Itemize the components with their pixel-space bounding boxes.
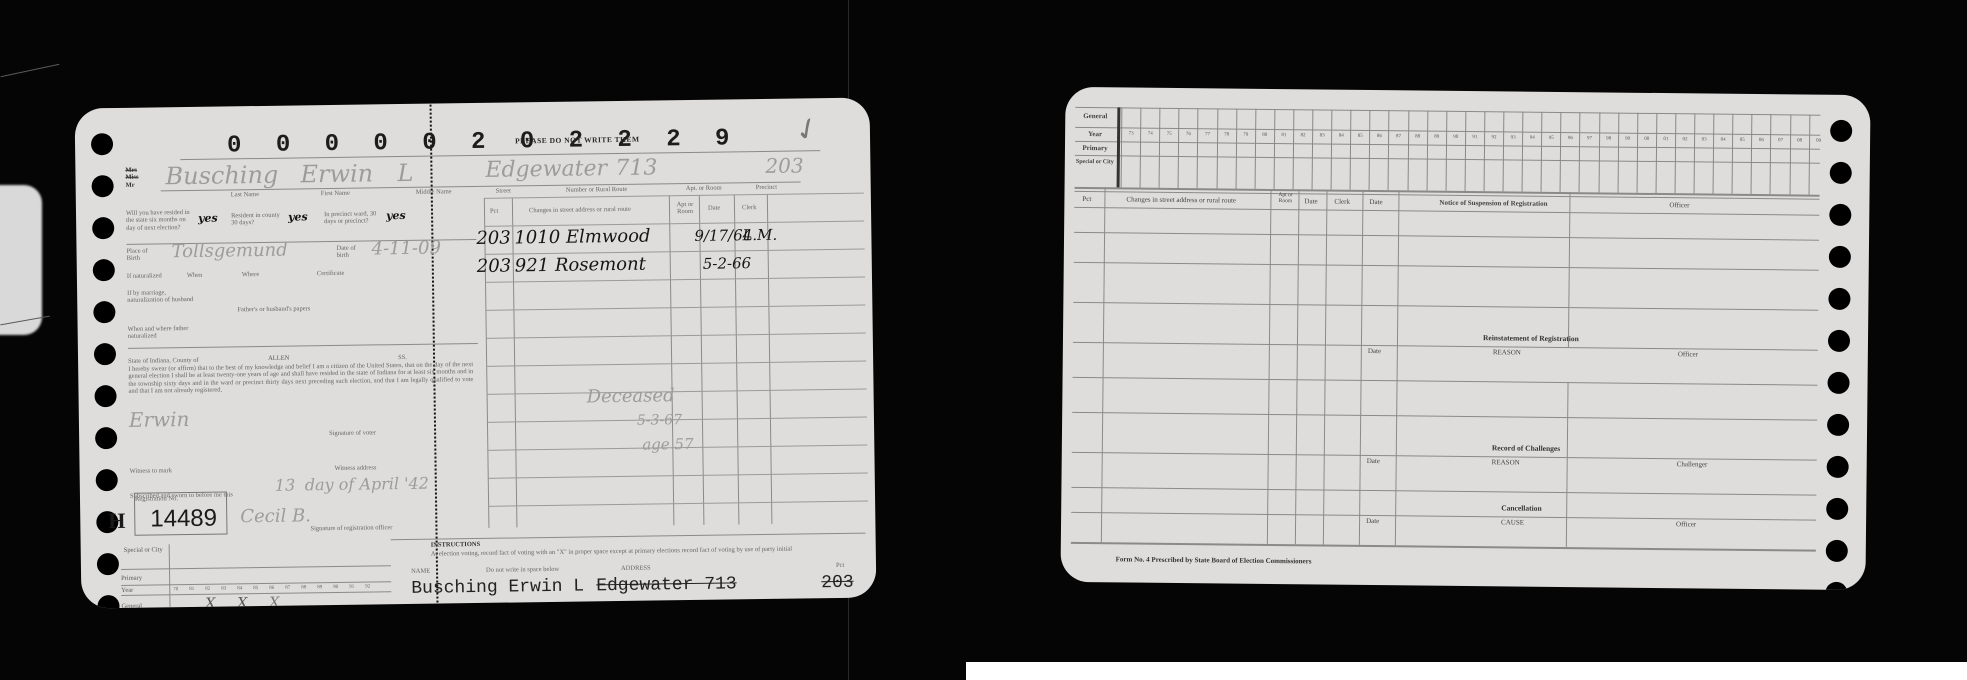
- year-cell: 79: [1236, 133, 1256, 138]
- deceased-date: 5-3-67: [637, 412, 682, 429]
- punch-holes: [1825, 120, 1853, 590]
- year-cell: 00: [1637, 137, 1657, 142]
- suspension-header-notice: Notice of Suspension of Registration: [1439, 199, 1547, 208]
- header-pct: Pct: [490, 208, 498, 216]
- residency-q2-label: Resident in county 30 days?: [231, 212, 281, 228]
- year-cell: 93: [1503, 135, 1523, 140]
- punch-hole: [1828, 330, 1850, 352]
- street-label: Street: [496, 187, 511, 195]
- first-name-value: Erwin: [300, 159, 373, 188]
- punch-hole: [1825, 582, 1847, 590]
- registration-letter: H: [108, 508, 125, 534]
- apt-label: Apt. or Room: [686, 185, 722, 193]
- suspension-header-officer: Officer: [1669, 201, 1689, 209]
- registration-card-front: 0 0 0 0 0 2 0 2 2 2 9 PLEASE DO NOT WRIT…: [75, 97, 877, 608]
- husband-label: If by marriage, naturalization of husban…: [127, 289, 202, 305]
- place-of-birth-value: Tollsgemund: [171, 240, 287, 263]
- general-vote-mark: X: [205, 596, 215, 609]
- year-cell: 92: [1484, 135, 1504, 140]
- year-column-divider: [1655, 113, 1657, 193]
- registrar-signature-value: Cecil B.: [240, 505, 311, 527]
- back-header-pct: Pct: [1082, 195, 1091, 203]
- general-label: General: [121, 603, 142, 609]
- salutation-label: Mrs Miss Mr: [125, 167, 138, 190]
- back-header-changes: Changes in street address or rural route: [1126, 195, 1236, 204]
- year-column-divider: [1464, 111, 1466, 191]
- middle-name-value: L: [397, 159, 413, 187]
- scanner-edge-tab: [0, 185, 42, 335]
- instructions-title: INSTRUCTIONS: [431, 541, 481, 549]
- year-cell: 85: [1350, 134, 1370, 139]
- year-column-divider: [1292, 109, 1294, 189]
- year-column-divider: [1503, 111, 1505, 191]
- year-column-divider: [1808, 115, 1810, 195]
- rule: [128, 343, 478, 349]
- year-cell: 73: [1121, 131, 1141, 136]
- year-column-divider: [1617, 113, 1619, 193]
- punch-hole: [91, 175, 113, 197]
- year-cell: 95: [1541, 136, 1561, 141]
- year-cell: 90: [1446, 135, 1466, 140]
- year-column-divider: [1121, 107, 1123, 187]
- header-apt: Apt or Room: [672, 201, 698, 216]
- back-header-clerk: Clerk: [1334, 198, 1350, 206]
- cancellation-officer: Officer: [1676, 520, 1696, 528]
- year-cell: 04: [1713, 138, 1733, 143]
- punch-hole: [1826, 540, 1848, 562]
- year-cell: 97: [1579, 136, 1599, 141]
- year-column-divider: [1483, 111, 1485, 191]
- street-value: Edgewater: [485, 156, 607, 183]
- oath-text: I hereby swear (or affirm) that to the b…: [128, 361, 473, 396]
- year-cell: 07: [1770, 138, 1790, 143]
- year-column-divider: [1732, 114, 1734, 194]
- year-cell: 01: [1656, 137, 1676, 142]
- header-date: Date: [708, 205, 720, 213]
- subscribed-month-year: day of April '42: [305, 474, 429, 495]
- deceased-note: Deceased: [586, 385, 674, 407]
- election-year-grid: General Year Primary Special or City 737…: [1075, 107, 1821, 195]
- back-header-apt: Apt or Room: [1274, 192, 1296, 204]
- place-of-birth-label: Place of Birth: [126, 247, 154, 262]
- punch-hole: [97, 553, 119, 575]
- subscribed-day: 13: [275, 476, 296, 495]
- year-cell: 88: [1408, 134, 1428, 139]
- year-cell: 02: [1675, 137, 1695, 142]
- year-cell: 75: [1159, 132, 1179, 137]
- grid-special-label: Special or City: [1075, 159, 1115, 165]
- change-row-2-pct: 203: [477, 255, 512, 276]
- punch-hole: [91, 133, 113, 155]
- change-row-1-pct: 203: [476, 227, 511, 248]
- change-row-2-date: 5-2-66: [703, 254, 752, 273]
- header-clerk: Clerk: [742, 204, 757, 212]
- year-cell: 82: [1293, 133, 1313, 138]
- year-column-divider: [1216, 108, 1218, 188]
- date-of-birth-value: 4-11-09: [371, 237, 441, 259]
- voter-signature-value: Erwin: [129, 407, 190, 432]
- punch-hole: [92, 217, 114, 239]
- punch-hole: [1827, 414, 1849, 436]
- naturalized-cert-label: Certificate: [317, 270, 345, 278]
- year-cell: 98: [1599, 136, 1619, 141]
- instructions-pct-label: Pct: [836, 562, 844, 570]
- year-column-divider: [1426, 111, 1428, 191]
- registration-number: 14489: [150, 505, 217, 534]
- challenges-challenger: Challenger: [1677, 460, 1708, 468]
- year-cell: 06: [1751, 138, 1771, 143]
- witness-address-label: Witness address: [335, 464, 377, 472]
- punch-hole: [1827, 456, 1849, 478]
- typed-address: Edgewater 713: [596, 574, 737, 596]
- residency-q3-answer: yes: [386, 209, 406, 222]
- year-cell: 86: [1369, 134, 1389, 139]
- witness-label: Witness to mark: [130, 467, 172, 475]
- general-vote-mark: X: [269, 595, 279, 609]
- last-name-label: Last Name: [231, 191, 259, 199]
- number-label: Number or Rural Route: [566, 186, 628, 194]
- punch-hole: [94, 343, 116, 365]
- number-value: 713: [615, 155, 657, 181]
- husband-cert-label: Father's or husband's papers: [237, 305, 310, 313]
- year-label: Year: [121, 587, 133, 594]
- voting-record-grid: Special or City Primary Year General 70 …: [121, 541, 392, 608]
- special-city-label: Special or City: [121, 546, 166, 554]
- year-column-divider: [1254, 109, 1256, 189]
- residency-q1-label: Will you have resided in the state six m…: [126, 209, 196, 232]
- instructions-text: At election voting, record fact of votin…: [431, 545, 851, 558]
- suspension-header-date: Date: [1369, 198, 1382, 206]
- year-column-divider: [1369, 110, 1371, 190]
- typed-name: Busching Erwin L: [411, 577, 584, 599]
- punch-hole: [93, 301, 115, 323]
- residency-q3-label: In precinct ward, 30 days or precinct?: [324, 210, 384, 226]
- year-column-divider: [1713, 114, 1715, 194]
- typed-precinct: 203: [821, 573, 854, 593]
- grid-primary-label: Primary: [1075, 145, 1115, 152]
- year-cell: 99: [1618, 137, 1638, 142]
- year-column-divider: [1579, 112, 1581, 192]
- punch-hole: [1826, 498, 1848, 520]
- year-cell: 81: [1274, 133, 1294, 138]
- change-row-2-address: 921 Rosemont: [515, 254, 646, 277]
- year-column-divider: [1674, 113, 1676, 193]
- oath-county-value: ALLEN: [268, 355, 289, 363]
- instructions-name-label: NAME: [411, 568, 430, 576]
- punch-hole: [96, 469, 118, 491]
- challenges-date: Date: [1367, 457, 1380, 465]
- signature-of-voter-label: Signature of voter: [329, 429, 376, 437]
- year-cell: 94: [1522, 136, 1542, 141]
- year-column-divider: [1140, 108, 1142, 188]
- year-cell: 08: [1790, 138, 1810, 143]
- year-cell: 09: [1809, 139, 1829, 144]
- year-column-divider: [1159, 108, 1161, 188]
- naturalized-when-label: When: [187, 272, 203, 280]
- instructions-address-label: ADDRESS: [621, 565, 651, 573]
- challenges-title: Record of Challenges: [1492, 443, 1560, 453]
- year-column-divider: [1235, 109, 1237, 189]
- date-of-birth-label: Date of birth: [336, 245, 366, 260]
- year-cell: 89: [1427, 135, 1447, 140]
- year-cell: 91: [1465, 135, 1485, 140]
- check-mark-icon: ✓: [789, 109, 827, 151]
- reinstatement-date: Date: [1368, 347, 1381, 355]
- registration-card-back: General Year Primary Special or City 737…: [1060, 87, 1870, 590]
- year-column-divider: [1178, 108, 1180, 188]
- year-column-divider: [1445, 111, 1447, 191]
- header-changes: Changes in street address or rural route: [529, 206, 631, 215]
- year-column-divider: [1273, 109, 1275, 189]
- naturalized-where-label: Where: [242, 271, 259, 279]
- challenges-reason: REASON: [1492, 458, 1520, 466]
- precinct-value: 203: [765, 153, 804, 178]
- year-cell: 74: [1140, 132, 1160, 137]
- instructions-do-not-write: Do not write in space below: [486, 566, 559, 574]
- grid-general-label: General: [1075, 113, 1115, 120]
- punch-hole: [1829, 204, 1851, 226]
- punch-hole: [1828, 288, 1850, 310]
- punch-hole: [1830, 120, 1852, 142]
- first-name-label: First Name: [321, 190, 350, 198]
- punch-hole: [1829, 246, 1851, 268]
- general-vote-mark: X: [237, 595, 247, 608]
- year-cell: 96: [1560, 136, 1580, 141]
- year-column-divider: [1694, 113, 1696, 193]
- punch-holes: [91, 133, 120, 608]
- cancellation-date: Date: [1366, 517, 1379, 525]
- scan-bottom-edge: [966, 662, 1967, 680]
- grid-year-label: Year: [1075, 131, 1115, 138]
- punch-hole: [94, 385, 116, 407]
- back-header-date: Date: [1304, 197, 1317, 205]
- year-column-divider: [1312, 109, 1314, 189]
- reinstatement-officer: Officer: [1678, 350, 1698, 358]
- father-label: When and where father naturalized: [128, 325, 218, 341]
- scan-scratch: [1, 64, 60, 77]
- year-column-divider: [1598, 112, 1600, 192]
- year-cell: 84: [1331, 134, 1351, 139]
- change-row-1-address: 1010 Elmwood: [514, 226, 650, 249]
- naturalized-label: If naturalized: [127, 272, 162, 280]
- year-column-divider: [1636, 113, 1638, 193]
- punch-hole: [95, 427, 117, 449]
- year-cell: 80: [1255, 133, 1275, 138]
- address-changes-table: Pct Changes in street address or rural r…: [484, 193, 869, 528]
- cancellation-cause: CAUSE: [1501, 518, 1524, 526]
- year-cell: 76: [1178, 132, 1198, 137]
- residency-q2-answer: yes: [288, 210, 308, 223]
- oath-ss: SS.: [398, 354, 407, 362]
- year-cell: 78: [1217, 132, 1237, 137]
- middle-name-label: Middle Name: [416, 188, 452, 196]
- punch-hole: [97, 595, 119, 609]
- punch-hole: [93, 259, 115, 281]
- year-column-divider: [1541, 112, 1543, 192]
- year-cell: 77: [1197, 132, 1217, 137]
- primary-label: Primary: [121, 575, 142, 582]
- deceased-age: age 57: [642, 435, 694, 454]
- year-column-divider: [1407, 110, 1409, 190]
- year-column-divider: [1522, 112, 1524, 192]
- year-column-divider: [1770, 114, 1772, 194]
- cancellation-title: Cancellation: [1501, 503, 1542, 512]
- year-cell: 83: [1312, 133, 1332, 138]
- last-name-value: Busching: [165, 161, 278, 191]
- year-cell: 87: [1388, 134, 1408, 139]
- registrar-signature-label: Signature of registration officer: [310, 524, 392, 533]
- reinstatement-title: Reinstatement of Registration: [1483, 333, 1579, 343]
- year-column-divider: [1789, 114, 1791, 194]
- year-cell: 05: [1732, 138, 1752, 143]
- reinstatement-reason: REASON: [1493, 348, 1521, 356]
- year-column-divider: [1331, 110, 1333, 190]
- year-column-divider: [1197, 108, 1199, 188]
- residency-q1-answer: yes: [198, 212, 218, 225]
- precinct-label: Precinct: [756, 184, 777, 192]
- punch-hole: [1827, 372, 1849, 394]
- year-column-divider: [1388, 110, 1390, 190]
- change-row-1-clerk: L.M.: [742, 226, 777, 244]
- form-footer: Form No. 4 Prescribed by State Board of …: [1116, 555, 1312, 565]
- header-note: PLEASE DO NOT WRITE THEM: [515, 135, 640, 146]
- year-cell: 03: [1694, 137, 1714, 142]
- punch-hole: [1830, 162, 1852, 184]
- year-column-divider: [1751, 114, 1753, 194]
- year-column-divider: [1350, 110, 1352, 190]
- year-column-divider: [1560, 112, 1562, 192]
